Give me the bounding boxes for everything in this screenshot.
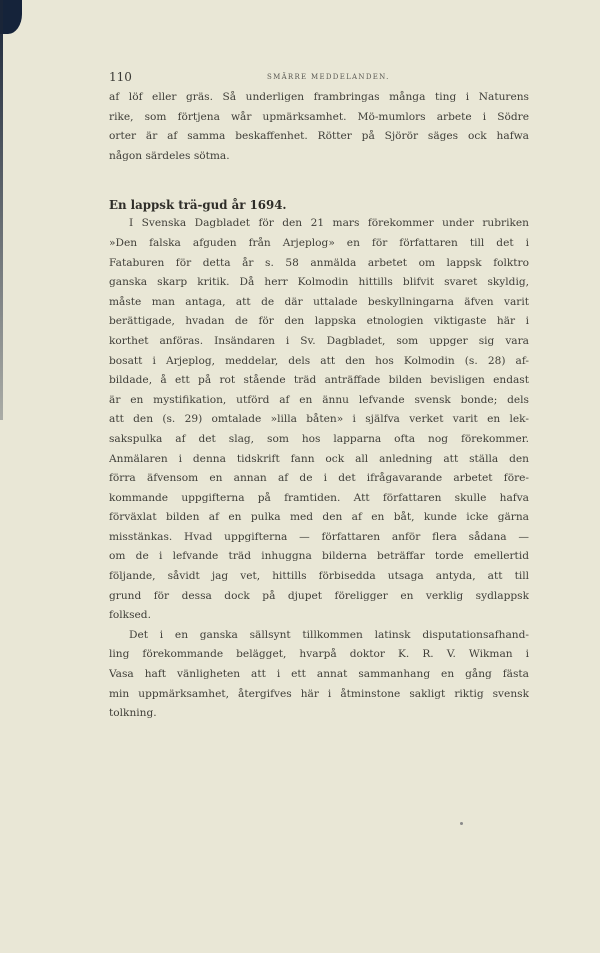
text-line: misstänkas. Hvad uppgifterna — författar… <box>109 528 529 548</box>
text-line: berättigade, hvadan de för den lappska e… <box>109 312 529 332</box>
text-line: af löf eller gräs. Så underligen frambri… <box>109 88 529 108</box>
scan-edge-blot <box>0 0 22 34</box>
text-line: är en mystifikation, utförd af en ännu l… <box>109 391 529 411</box>
page-number: 110 <box>109 70 132 84</box>
text-line: att den (s. 29) omtalade »lilla båten» i… <box>109 410 529 430</box>
text-line: Fataburen för detta år s. 58 anmälda arb… <box>109 254 529 274</box>
text-line: ling förekommande belägget, hvarpå dokto… <box>109 645 529 665</box>
section-heading: En lappsk trä-gud år 1694. <box>109 198 529 212</box>
text-line: tolkning. <box>109 704 529 724</box>
book-page: 110 SMÄRRE MEDDELANDEN. af löf eller grä… <box>109 70 529 724</box>
text-line: rike, som förtjena wår upmärksamhet. Mö-… <box>109 108 529 128</box>
paper-speck <box>460 822 463 825</box>
text-line: måste man antaga, att de där uttalade be… <box>109 293 529 313</box>
text-line: bosatt i Arjeplog, meddelar, dels att de… <box>109 352 529 372</box>
text-line: någon särdeles sötma. <box>109 147 529 167</box>
text-line: Anmälaren i denna tidskrift fann ock all… <box>109 450 529 470</box>
running-head: 110 SMÄRRE MEDDELANDEN. <box>109 70 529 86</box>
text-line: orter är af samma beskaffenhet. Rötter p… <box>109 127 529 147</box>
text-line: ganska skarp kritik. Då herr Kolmodin hi… <box>109 273 529 293</box>
text-line: min uppmärksamhet, återgifves här i åtmi… <box>109 685 529 705</box>
running-title: SMÄRRE MEDDELANDEN. <box>267 73 390 81</box>
continuation-paragraph: af löf eller gräs. Så underligen frambri… <box>109 88 529 166</box>
text-line: förväxlat bilden af en pulka med den af … <box>109 508 529 528</box>
text-line: folksed. <box>109 606 529 626</box>
text-line: I Svenska Dagbladet för den 21 mars före… <box>109 214 529 234</box>
text-line: bildade, å ett på rot stående träd anträ… <box>109 371 529 391</box>
text-line: »Den falska afguden från Arjeplog» en fö… <box>109 234 529 254</box>
text-line: om de i lefvande träd inhuggna bilderna … <box>109 547 529 567</box>
text-line: sakspulka af det slag, som hos lapparna … <box>109 430 529 450</box>
text-line: Vasa haft vänligheten att i ett annat sa… <box>109 665 529 685</box>
body-paragraph: I Svenska Dagbladet för den 21 mars före… <box>109 214 529 625</box>
text-line: grund för dessa dock på djupet föreligge… <box>109 587 529 607</box>
body-paragraph: Det i en ganska sällsynt tillkommen lati… <box>109 626 529 724</box>
text-line: förra äfvensom en annan af de i det ifrå… <box>109 469 529 489</box>
text-line: korthet anföras. Insändaren i Sv. Dagbla… <box>109 332 529 352</box>
scan-edge-shadow <box>0 0 3 420</box>
text-line: Det i en ganska sällsynt tillkommen lati… <box>109 626 529 646</box>
text-line: kommande uppgifterna på framtiden. Att f… <box>109 489 529 509</box>
text-line: följande, såvidt jag vet, hittills förbi… <box>109 567 529 587</box>
